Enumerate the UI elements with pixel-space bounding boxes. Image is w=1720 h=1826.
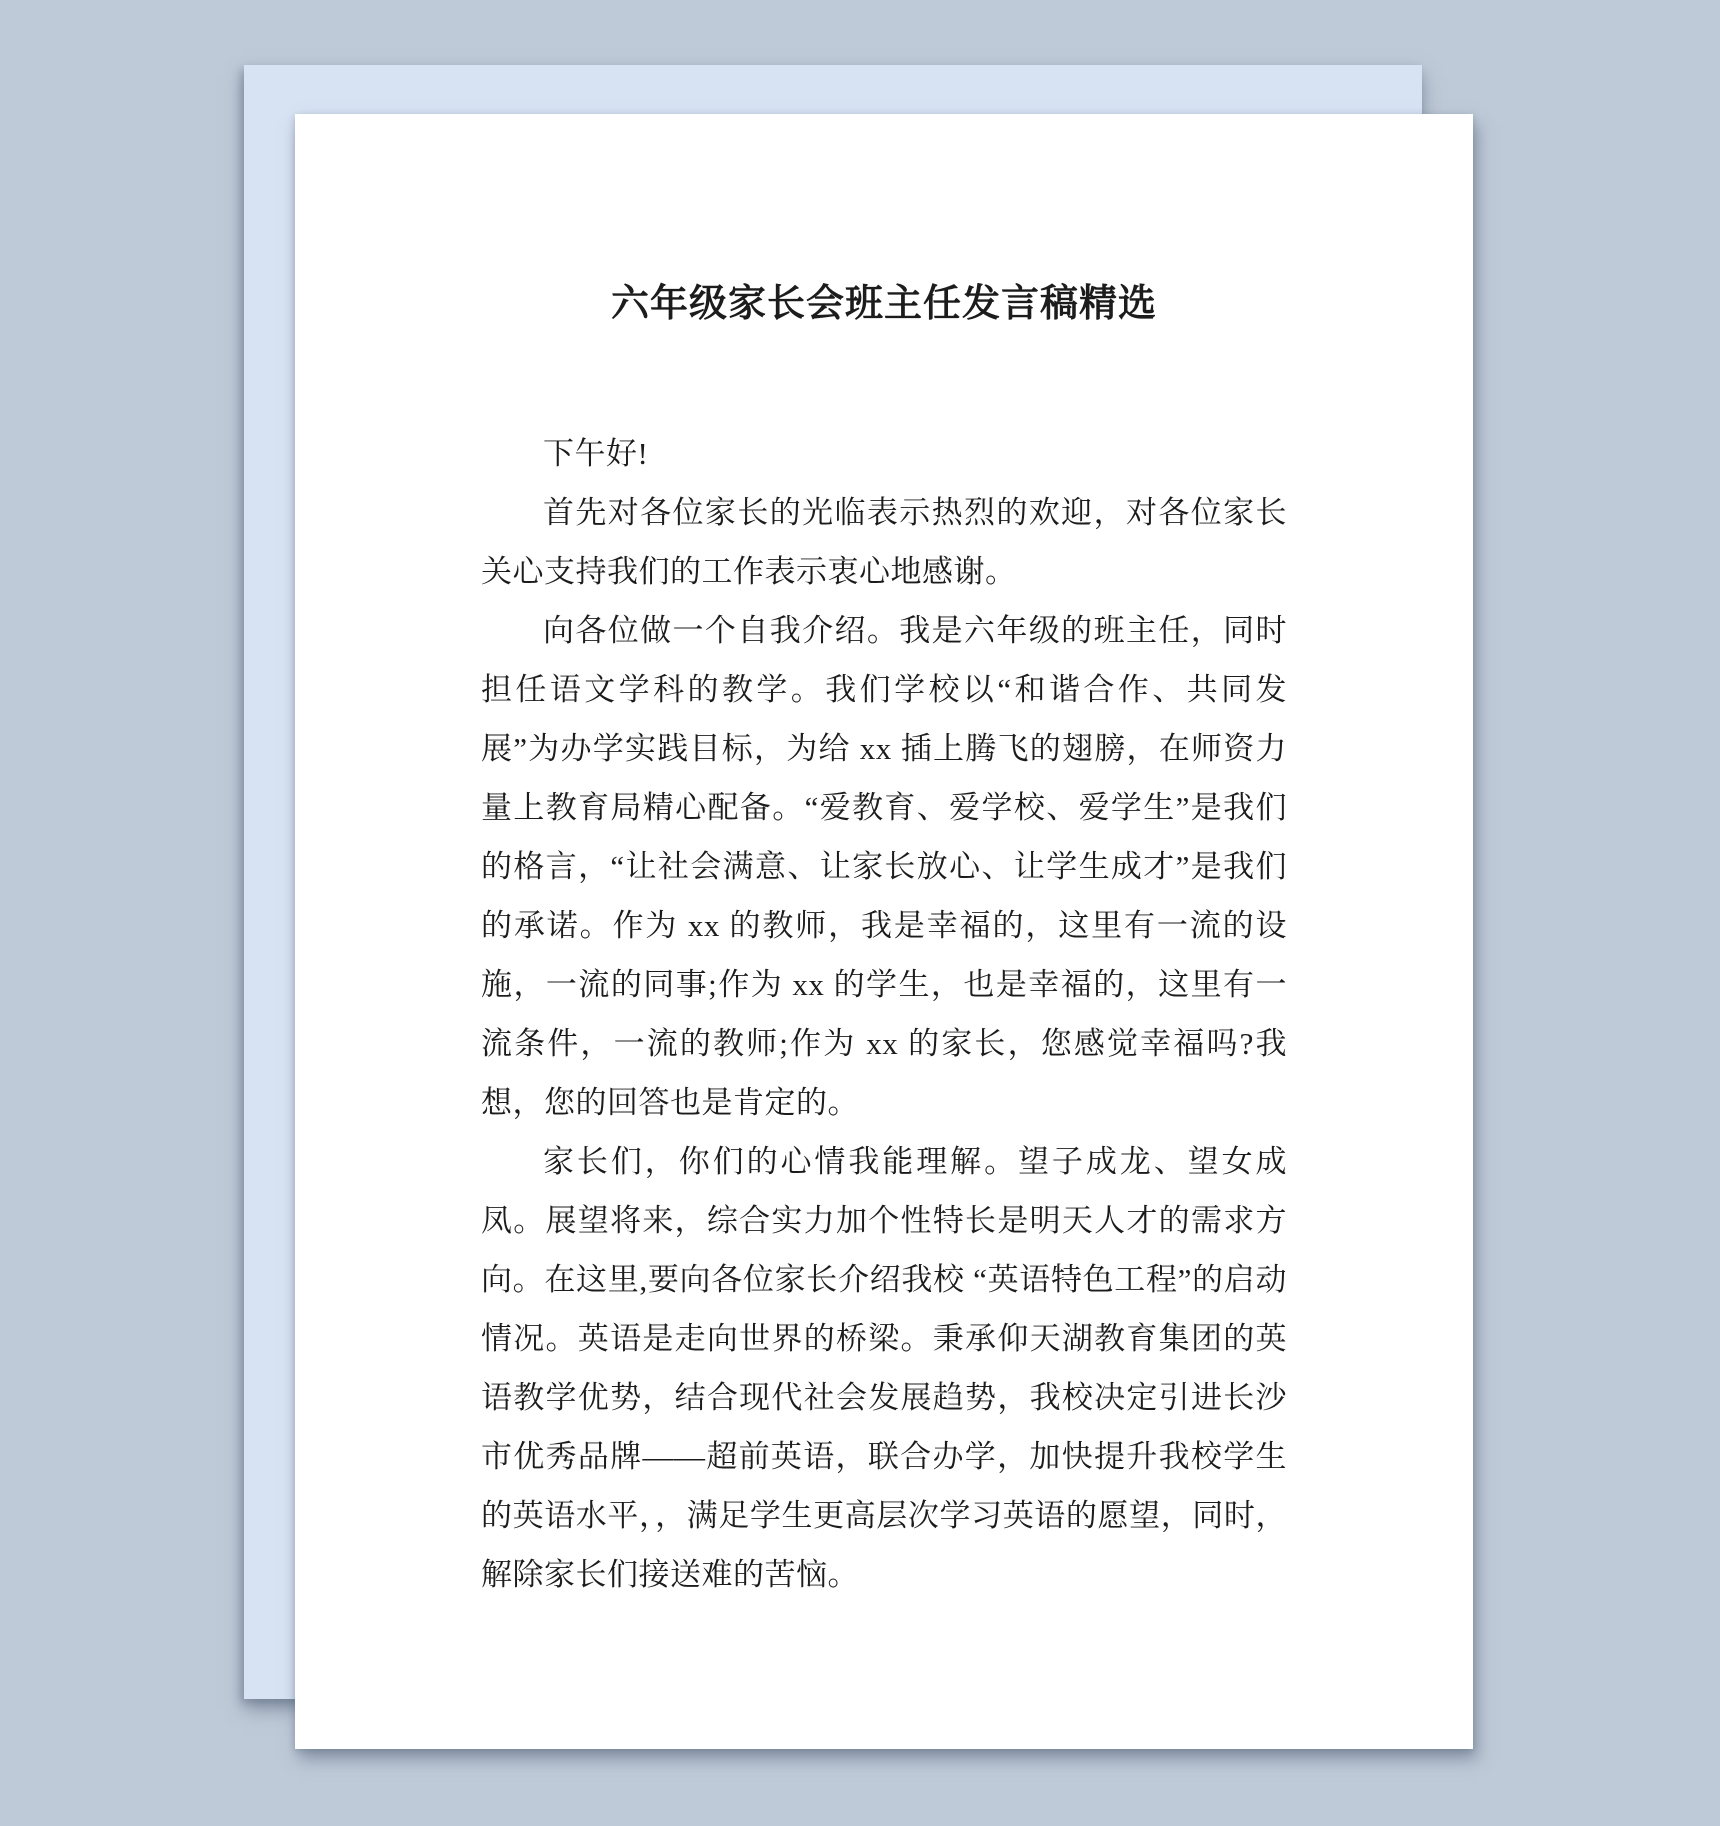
document-title: 六年级家长会班主任发言稿精选	[481, 279, 1287, 329]
paragraph: 家长们，你们的心情我能理解。望子成龙、望女成凤。展望将来，综合实力加个性特长是明…	[481, 1132, 1287, 1604]
paragraph: 向各位做一个自我介绍。我是六年级的班主任，同时担任语文学科的教学。我们学校以“和…	[481, 601, 1287, 1132]
paragraph: 下午好!	[481, 424, 1287, 483]
paragraph: 首先对各位家长的光临表示热烈的欢迎，对各位家长关心支持我们的工作表示衷心地感谢。	[481, 483, 1287, 601]
desktop-background: 六年级家长会班主任发言稿精选 下午好!首先对各位家长的光临表示热烈的欢迎，对各位…	[0, 0, 1720, 1826]
document-body: 下午好!首先对各位家长的光临表示热烈的欢迎，对各位家长关心支持我们的工作表示衷心…	[481, 424, 1287, 1604]
document-page: 六年级家长会班主任发言稿精选 下午好!首先对各位家长的光临表示热烈的欢迎，对各位…	[295, 114, 1473, 1749]
